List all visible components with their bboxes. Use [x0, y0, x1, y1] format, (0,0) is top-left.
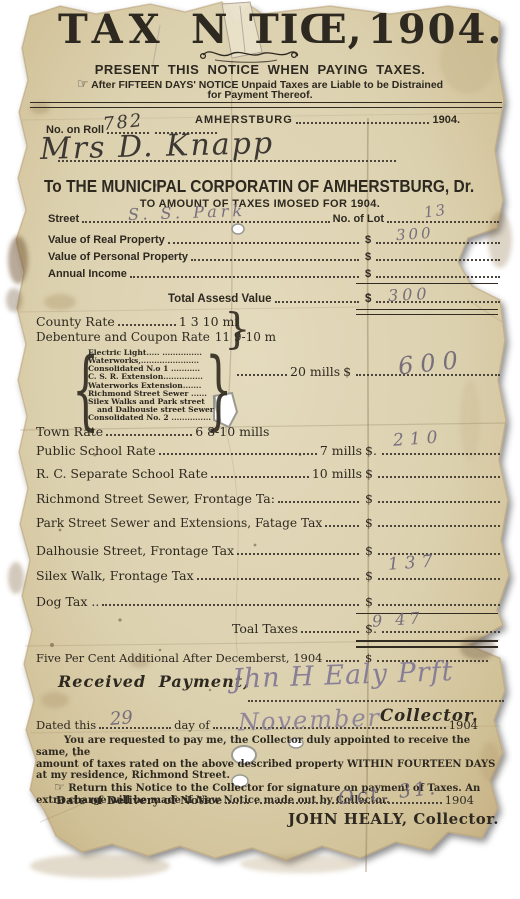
dotted-leader	[378, 501, 500, 503]
dotted-leader	[197, 578, 359, 580]
addressee-line: To THE MUNICIPAL CORPORATIN OF AMHERSTBU…	[44, 176, 474, 197]
handwritten-lot: 13	[423, 200, 448, 221]
dollar-sign: $	[365, 492, 373, 506]
levy-rate: 10 mills	[312, 467, 362, 481]
dotted-leader	[378, 604, 500, 606]
dotted-leader	[106, 434, 192, 436]
title-word-tax: TAX	[58, 6, 166, 53]
handwritten-total-taxes-value: 9 47	[371, 608, 424, 631]
row-label: Value of Real Property	[48, 234, 165, 247]
place-year: 1904.	[432, 114, 460, 127]
dollar-sign: $	[365, 293, 371, 306]
dotted-leader	[376, 242, 500, 244]
park-sewer-row: Park Street Sewer and Extensions, Fatage…	[36, 516, 502, 530]
right-brace-icon: }	[205, 347, 232, 433]
levy-label: Public School Rate	[36, 444, 156, 458]
dotted-leader	[211, 476, 309, 478]
richmond-sewer-row: Richmond Street Sewer, Frontage Ta: $	[36, 492, 502, 506]
dollar-sign: $	[365, 251, 371, 264]
dotted-leader	[296, 122, 430, 124]
mills-label: 20 mills	[290, 365, 340, 379]
dotted-leader	[275, 301, 359, 303]
levy-rate: 7 mills	[320, 444, 362, 458]
dotted-leader	[376, 276, 500, 278]
dotted-leader	[168, 242, 359, 244]
title-word-tice: TIŒ,	[249, 6, 363, 53]
annual-income-row: Annual Income $	[48, 268, 502, 281]
dollar-sign: $	[365, 544, 373, 558]
debenture-rate-label: Debenture and Coupon Rate	[36, 331, 210, 345]
dotted-leader	[378, 476, 500, 478]
personal-property-row: Value of Personal Property $	[48, 251, 502, 264]
separate-school-row: R. C. Separate School Rate 10 mills $	[36, 467, 502, 481]
dotted-leader	[376, 259, 500, 261]
levy-label: Park Street Sewer and Extensions, Fatage…	[36, 516, 322, 530]
total-assessed-double-rule	[356, 309, 498, 315]
collector-printed-signature: JOHN HEALY, Collector.	[288, 810, 499, 828]
tax-notice-document: TAX N TIŒ, 1904. PRESENT THIS NOTICE WHE…	[0, 0, 520, 899]
dotted-leader	[102, 604, 359, 606]
dated-mid: day of	[174, 719, 210, 732]
place-date-row: AMHERSTBURG 1904.	[195, 114, 460, 127]
dotted-leader	[378, 578, 500, 580]
delivery-label: Date of Delivery of Notice	[56, 794, 222, 807]
dollar-sign: $	[365, 268, 371, 281]
total-taxes-double-rule	[356, 640, 498, 648]
county-rate-row: County Rate 1 3 10 mi	[36, 315, 240, 329]
delivery-year: 1904	[445, 794, 474, 807]
title-year: 1904.	[368, 6, 503, 53]
total-taxes-label: Toal Taxes	[232, 622, 298, 636]
levy-label: Silex Walk, Frontage Tax	[36, 569, 194, 583]
handwritten-total-assessed-value: 300	[388, 284, 431, 305]
dotted-leader	[237, 553, 359, 555]
street-label: Street	[48, 213, 79, 226]
handwritten-real-property-value: 300	[395, 224, 434, 245]
row-label: Annual Income	[48, 268, 127, 281]
levy-rate: 6 8-10 mills	[195, 425, 269, 439]
dollar-sign: $	[365, 595, 373, 609]
present-notice-line: PRESENT THIS NOTICE WHEN PAYING TAXES.	[0, 62, 520, 77]
dotted-leader	[278, 501, 359, 503]
payment-thereof-line: for Payment Thereof.	[0, 89, 520, 101]
dollar-sign: $	[343, 365, 351, 379]
dotted-leader	[382, 631, 500, 633]
dated-year: 1904	[449, 719, 478, 732]
dated-prefix: Dated this	[36, 719, 96, 732]
dog-tax-row: Dog Tax .. $	[36, 595, 502, 609]
handwritten-dated-month: November	[238, 704, 382, 737]
dollar-sign: $.	[365, 444, 377, 458]
instructions-line: amount of taxes rated on the above descr…	[36, 759, 504, 771]
dotted-leader	[301, 631, 359, 633]
dotted-leader	[118, 324, 176, 326]
total-assessed-row: Total Assesd Value $	[36, 293, 502, 306]
dotted-leader	[159, 453, 317, 455]
dotted-leader	[237, 374, 287, 376]
total-taxes-row: Toal Taxes $.	[36, 622, 502, 636]
header-double-rule	[30, 102, 502, 108]
handwritten-taxpayer-name: Mrs D. Knapp	[40, 126, 275, 167]
dotted-leader	[378, 525, 500, 527]
debenture-items-list: Electric Light..... ............... Wate…	[88, 349, 214, 422]
handwritten-silex-value: 137	[387, 551, 439, 574]
dotted-leader	[325, 525, 359, 527]
levy-label: Richmond Street Sewer, Frontage Ta:	[36, 492, 275, 506]
dotted-leader	[382, 453, 500, 455]
dotted-leader	[191, 259, 359, 261]
dollar-sign: $	[365, 467, 373, 481]
levy-label: Dog Tax ..	[36, 595, 99, 609]
dollar-sign: $	[365, 234, 371, 247]
signature-dotted-line	[248, 698, 504, 702]
title-word-n: N	[191, 6, 228, 53]
debenture-item: Consolidated No. 2 ...............	[88, 414, 214, 422]
dollar-sign: $	[365, 569, 373, 583]
handwritten-town-rate-value: 210	[392, 427, 444, 450]
instructions-line: You are requested to pay me, the Collect…	[36, 735, 504, 759]
levy-label: R. C. Separate School Rate	[36, 467, 208, 481]
dollar-sign: $	[365, 516, 373, 530]
county-rate-label: County Rate	[36, 315, 115, 329]
handwritten-dated-day: 29	[109, 707, 134, 730]
levy-label: Dalhousie Street, Frontage Tax	[36, 544, 234, 558]
levy-label: Town Rate	[36, 425, 103, 439]
lot-label: No. of Lot	[333, 213, 384, 226]
received-payment-label: Received Payment,	[58, 672, 250, 691]
dotted-leader	[130, 276, 359, 278]
dotted-leader	[225, 802, 249, 804]
row-label: Value of Personal Property	[48, 251, 188, 264]
town-rate-row: Town Rate 6 8-10 mills	[36, 425, 260, 439]
dotted-leader	[387, 221, 499, 223]
total-assessed-label: Total Assesd Value	[168, 293, 272, 306]
